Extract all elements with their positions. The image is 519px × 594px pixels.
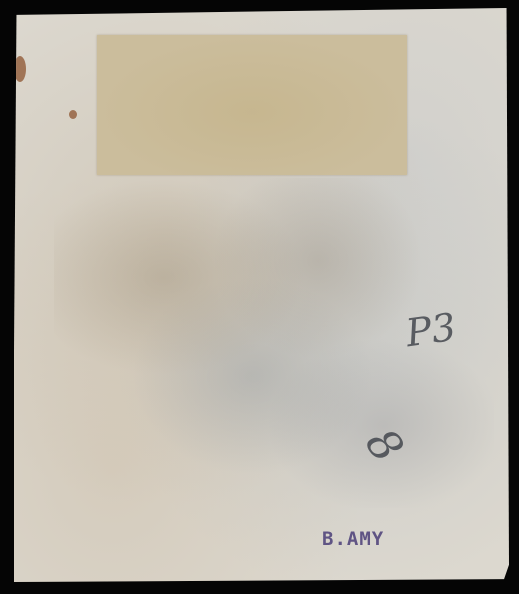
hinge-remnant bbox=[97, 35, 407, 175]
expert-mark: B.AMY bbox=[322, 528, 384, 550]
stain-edge bbox=[14, 56, 26, 82]
pencil-note-top: P3 bbox=[403, 305, 458, 355]
stain-spot bbox=[69, 110, 77, 119]
stamp-back: P3 8 bbox=[14, 8, 509, 582]
